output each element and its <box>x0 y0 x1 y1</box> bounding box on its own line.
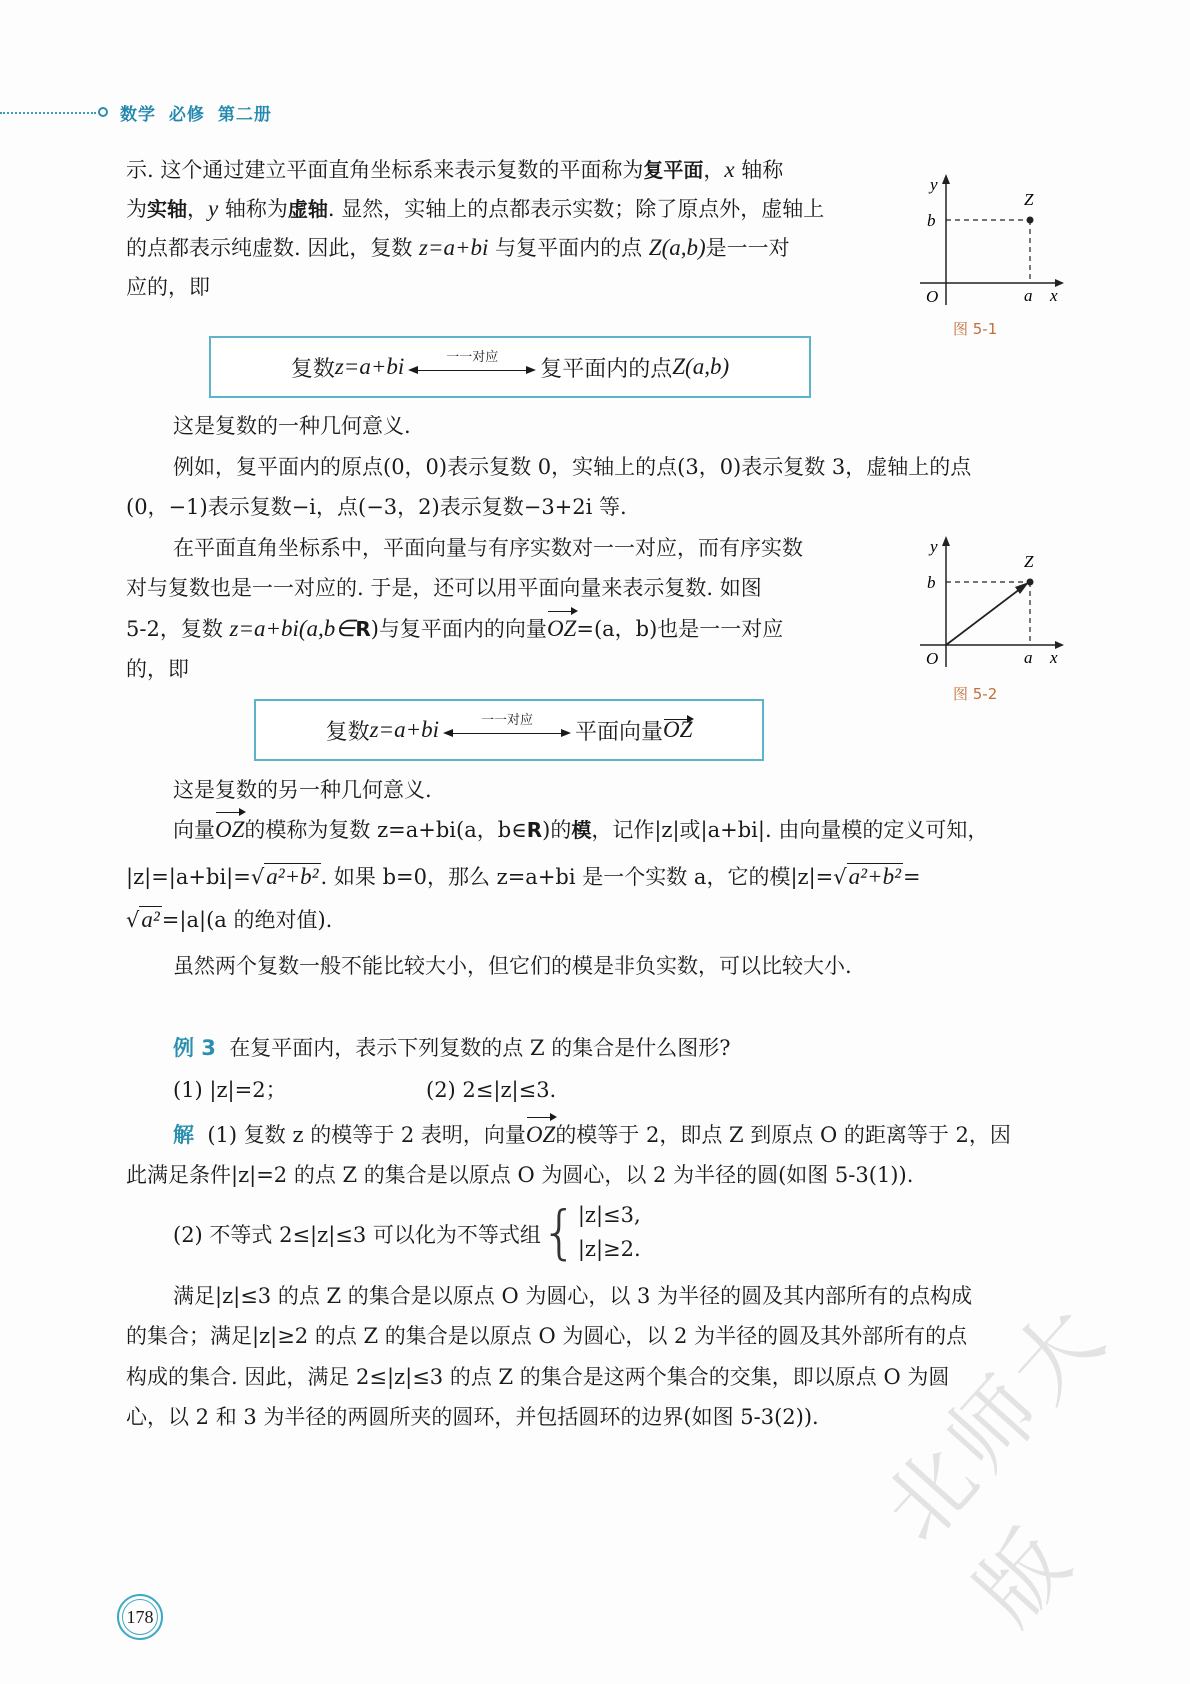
complex-plane-diagram: y b Z O a x <box>912 168 1072 308</box>
text: (1) 复数 z 的模等于 2 表明，向量 <box>207 1123 526 1147</box>
paragraph-geometric-meaning: 这是复数的一种几何意义. <box>173 406 411 446</box>
sqrt-expression: a²+b² <box>264 863 320 890</box>
example-3-part1: (1) |z|=2； <box>173 1070 287 1110</box>
origin-label: O <box>926 287 938 306</box>
paragraph-vector-line3: 5-2，复数 z=a+bi(a,b∈R)与复平面内的向量OZ=(a，b)也是一一… <box>126 609 783 649</box>
svg-text:a: a <box>1024 648 1033 667</box>
text: 轴称 <box>735 158 784 182</box>
paragraph-vector-line1: 在平面直角坐标系中，平面向量与有序实数对一一对应，而有序实数 <box>173 528 803 568</box>
box-text: 平面向量 <box>575 715 663 746</box>
text: 的点都表示纯虚数. 因此，复数 <box>126 236 419 260</box>
sqrt-expression: a² <box>139 906 161 933</box>
text: . 显然，实轴上的点都表示实数；除了原点外，虚轴上 <box>328 197 824 221</box>
z-label: Z <box>1024 190 1034 209</box>
math-x: x <box>724 157 734 182</box>
vector-oz: OZ <box>526 1115 555 1155</box>
left-brace-icon: { <box>541 1198 578 1266</box>
running-header: 数学 必修 第二册 <box>0 98 272 126</box>
paragraph-example-line1: 例如，复平面内的原点(0，0)表示复数 0，实轴上的点(3，0)表示复数 3，虚… <box>173 447 971 487</box>
text: = <box>903 865 921 889</box>
paragraph-vector-line4: 的，即 <box>126 649 189 689</box>
math-y: y <box>208 196 218 221</box>
paragraph-modulus-line3: √a²=|a|(a 的绝对值). <box>126 900 332 940</box>
vector-oz: OZ <box>215 810 244 850</box>
svg-text:O: O <box>926 649 938 668</box>
arrow-label: 一一对应 <box>408 346 536 365</box>
book-title: 数学 必修 第二册 <box>120 100 272 125</box>
inequality-1: |z|≤3, <box>578 1203 641 1227</box>
double-arrow-icon: 一一对应 <box>408 352 536 382</box>
a-label: a <box>1024 286 1033 305</box>
text: )的 <box>542 818 571 842</box>
example-3-part2: (2) 2≤|z|≤3. <box>426 1070 556 1110</box>
term-complex-plane: 复平面 <box>643 158 703 182</box>
text: ， <box>187 197 208 221</box>
y-axis-label: y <box>928 175 938 194</box>
solution-line1: 解 (1) 复数 z 的模等于 2 表明，向量OZ的模等于 2，即点 Z 到原点… <box>173 1115 1011 1155</box>
paragraph-another-meaning: 这是复数的另一种几何意义. <box>173 770 432 810</box>
figure-5-1-caption: 图 5-1 <box>953 318 997 339</box>
solution-p2-line3: 构成的集合. 因此，满足 2≤|z|≤3 的点 Z 的集合是这两个集合的交集，即… <box>126 1357 949 1397</box>
solution-label: 解 <box>173 1123 194 1147</box>
correspondence-box-vector: 复数 z=a+bi 一一对应 平面向量OZ <box>254 699 764 761</box>
text: )与复平面内的向量 <box>371 617 547 641</box>
paragraph-example-line2: (0，−1)表示复数−i，点(−3，2)表示复数−3+2i 等. <box>126 487 627 527</box>
header-dotted-line <box>0 112 96 114</box>
text: 轴称为 <box>218 197 288 221</box>
math-z: z=a+bi <box>370 717 439 743</box>
text: . 如果 b=0，那么 z=a+bi 是一个实数 a，它的模|z|= <box>321 865 834 889</box>
solution-part2-system: (2) 不等式 2≤|z|≤3 可以化为不等式组{|z|≤3,|z|≥2. <box>173 1200 641 1268</box>
term-real-axis: 实轴 <box>147 197 187 221</box>
page-number-badge: 178 <box>117 1594 163 1640</box>
text: 的模称为复数 z=a+bi(a，b∈ <box>244 818 526 842</box>
svg-text:b: b <box>927 573 936 592</box>
inequality-system: {|z|≤3,|z|≥2. <box>541 1198 641 1266</box>
text: 为 <box>126 197 147 221</box>
math-z: z=a+bi <box>335 354 404 380</box>
math-point: Z(a,b) <box>672 354 729 380</box>
paragraph-modulus-line2: |z|=|a+bi|=√a²+b². 如果 b=0，那么 z=a+bi 是一个实… <box>126 857 921 897</box>
text: 的模等于 2，即点 Z 到原点 O 的距离等于 2，因 <box>555 1123 1011 1147</box>
text: 5-2，复数 <box>126 617 230 641</box>
svg-text:Z: Z <box>1024 552 1034 571</box>
vector-oz: OZ <box>547 609 576 649</box>
solution-p2-line2: 的集合；满足|z|≥2 的点 Z 的集合是以原点 O 为圆心，以 2 为半径的圆… <box>126 1316 967 1356</box>
text: 向量 <box>173 818 215 842</box>
x-axis-label: x <box>1049 286 1058 305</box>
inequality-2: |z|≥2. <box>578 1237 641 1261</box>
example-question: 在复平面内，表示下列复数的点 Z 的集合是什么图形? <box>229 1036 730 1060</box>
text: (2) 不等式 2≤|z|≤3 可以化为不等式组 <box>173 1223 541 1247</box>
text: =(a，b)也是一一对应 <box>576 617 783 641</box>
arrow-label: 一一对应 <box>443 709 571 728</box>
term-modulus: 模 <box>571 818 591 842</box>
paragraph-complex-plane-line4: 应的，即 <box>126 267 210 307</box>
solution-p2-line1: 满足|z|≤3 的点 Z 的集合是以原点 O 为圆心，以 3 为半径的圆及其内部… <box>173 1276 972 1316</box>
svg-text:x: x <box>1049 648 1058 667</box>
box-text: 复平面内的点 <box>540 352 672 383</box>
paragraph-complex-plane-line3: 的点都表示纯虚数. 因此，复数 z=a+bi 与复平面内的点 Z(a,b)是一一… <box>126 228 790 268</box>
math-point-z: Z(a,b) <box>649 235 706 260</box>
paragraph-complex-plane-line2: 为实轴，y 轴称为虚轴. 显然，实轴上的点都表示实数；除了原点外，虚轴上 <box>126 189 824 229</box>
paragraph-compare: 虽然两个复数一般不能比较大小，但它们的模是非负实数，可以比较大小. <box>173 946 852 986</box>
text: ，记作|z|或|a+bi|. 由向量模的定义可知， <box>591 818 988 842</box>
example-label: 例 3 <box>173 1036 216 1060</box>
vector-oz: OZ <box>663 717 692 743</box>
math: z=a+bi(a,b∈ <box>230 616 356 641</box>
b-label: b <box>927 211 936 230</box>
paragraph-modulus-line1: 向量OZ的模称为复数 z=a+bi(a，b∈R)的模，记作|z|或|a+bi|.… <box>173 810 988 850</box>
correspondence-box-point: 复数 z=a+bi 一一对应 复平面内的点 Z(a,b) <box>209 336 811 398</box>
header-circle-icon <box>98 107 108 117</box>
text: 与复平面内的点 <box>488 236 648 260</box>
text: ， <box>703 158 724 182</box>
real-set-symbol: R <box>527 818 542 842</box>
figure-5-1: y b Z O a x <box>912 168 1072 308</box>
complex-vector-diagram: y b Z O a x <box>912 530 1072 670</box>
real-set-symbol: R <box>355 617 370 641</box>
solution-line2: 此满足条件|z|=2 的点 Z 的集合是以原点 O 为圆心，以 2 为半径的圆(… <box>126 1155 913 1195</box>
sqrt-expression: a²+b² <box>847 863 903 890</box>
text: |z|=|a+bi|= <box>126 865 251 889</box>
math-z-def: z=a+bi <box>419 235 488 260</box>
double-arrow-icon: 一一对应 <box>443 715 571 745</box>
text: =|a|(a 的绝对值). <box>162 908 333 932</box>
paragraph-vector-line2: 对与复数也是一一对应的. 于是，还可以用平面向量来表示复数. 如图 <box>126 568 762 608</box>
example-3-question: 例 3 在复平面内，表示下列复数的点 Z 的集合是什么图形? <box>173 1028 731 1068</box>
term-imaginary-axis: 虚轴 <box>288 197 328 221</box>
svg-text:y: y <box>928 537 938 556</box>
page-number: 178 <box>127 1607 154 1628</box>
text: 是一一对 <box>706 236 790 260</box>
figure-5-2: y b Z O a x <box>912 530 1072 670</box>
paragraph-complex-plane-line1: 示. 这个通过建立平面直角坐标系来表示复数的平面称为复平面，x 轴称 <box>126 150 783 190</box>
box-text: 复数 <box>291 352 335 383</box>
solution-p2-line4: 心，以 2 和 3 为半径的两圆所夹的圆环，并包括圆环的边界(如图 5-3(2)… <box>126 1397 819 1437</box>
text: 示. 这个通过建立平面直角坐标系来表示复数的平面称为 <box>126 158 643 182</box>
figure-5-2-caption: 图 5-2 <box>953 683 997 704</box>
box-text: 复数 <box>326 715 370 746</box>
